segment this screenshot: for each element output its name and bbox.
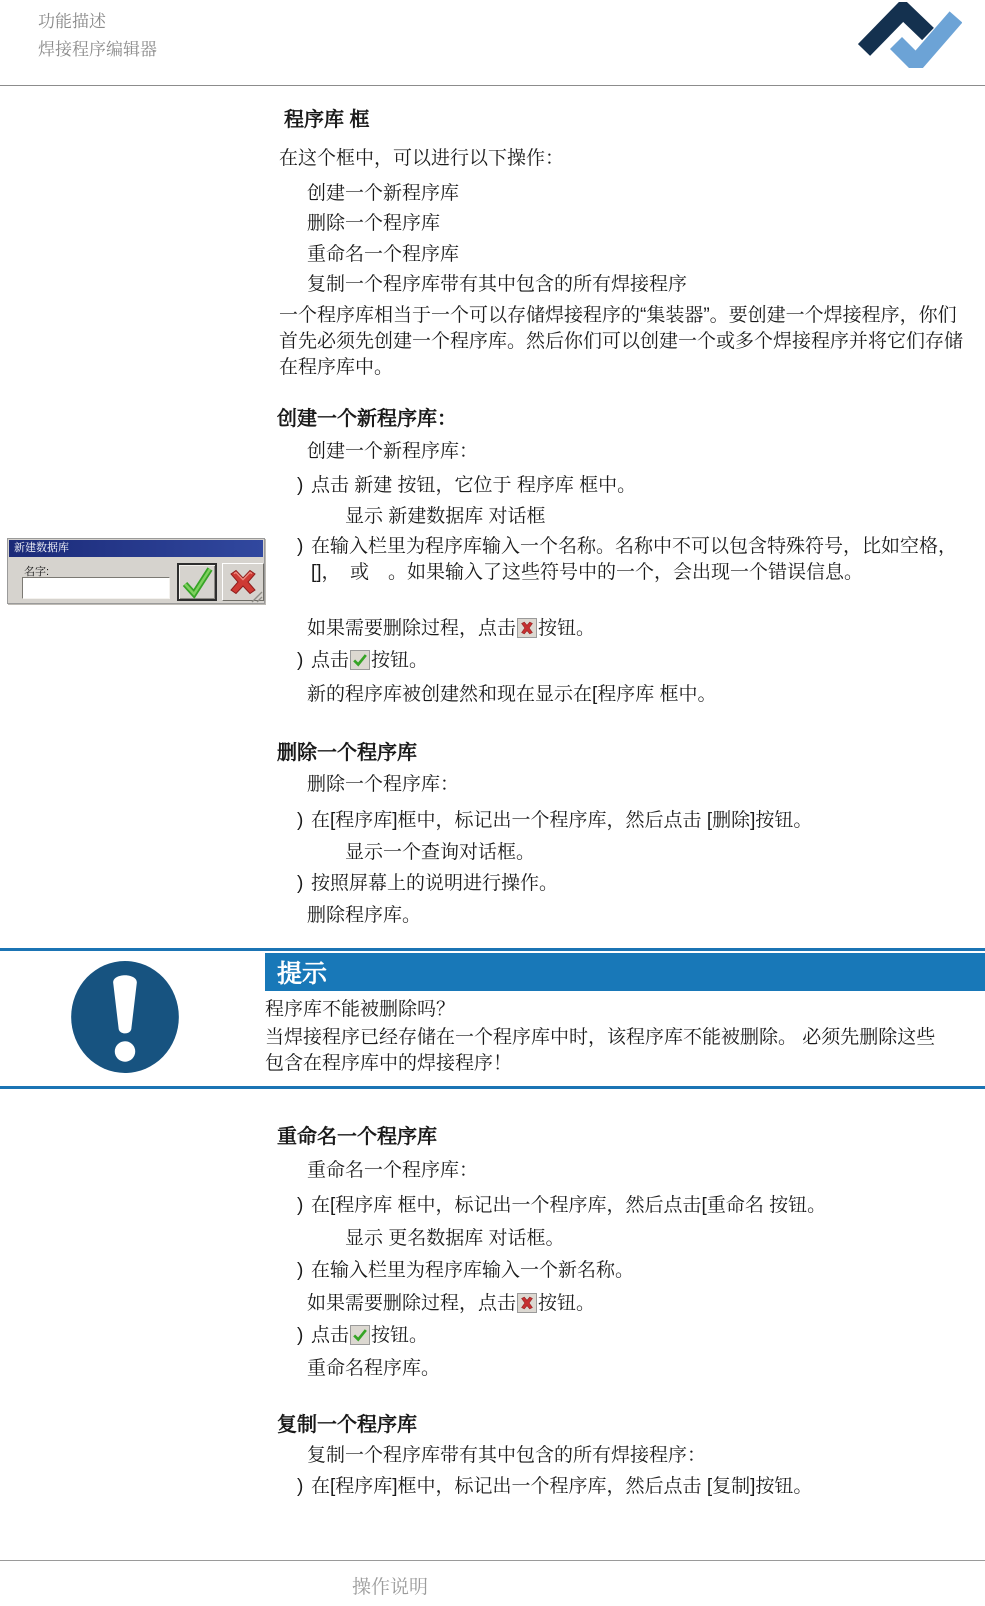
step-text: 在[程序库]框中，标记出一个程序库，然后点击 [复制]按钮。 — [311, 1474, 812, 1500]
step-text-post: 按钮。 — [371, 1325, 428, 1346]
step-line: ) 点击按钮。 — [297, 1323, 428, 1349]
result-line: 显示 新建数据库 对话框 — [345, 504, 546, 530]
header-divider — [0, 85, 985, 86]
notice-body: 当焊接程序已经存储在一个程序库中时，该程序库不能被删除。 必须先删除这些包含在程… — [265, 1025, 953, 1077]
step-text: 点击按钮。 — [311, 1323, 428, 1349]
step-text-pre: 点击 — [311, 650, 349, 671]
cancel-note-line: 如果需要删除过程，点击按钮。 — [307, 616, 595, 642]
note-text: 如果需要删除过程，点击 — [307, 618, 516, 639]
result-line: 删除程序库。 — [307, 903, 421, 929]
footer-divider — [0, 1560, 985, 1561]
step-marker: ) — [297, 1193, 311, 1219]
step-marker: ) — [297, 808, 311, 834]
step-marker: ) — [297, 1474, 311, 1500]
step-line: ) 在[程序库]框中，标记出一个程序库，然后点击 [删除]按钮。 — [297, 808, 812, 834]
step-text: 在[程序库]框中，标记出一个程序库，然后点击 [删除]按钮。 — [311, 808, 812, 834]
delete-intro: 删除一个程序库： — [307, 772, 459, 798]
notice-title-bar: 提示 — [265, 953, 985, 991]
dialog-ok-button[interactable] — [177, 563, 217, 601]
step-marker: ) — [297, 473, 311, 499]
red-x-icon — [517, 618, 537, 638]
step-marker: ) — [297, 1323, 311, 1349]
result-line: 重命名程序库。 — [307, 1356, 440, 1382]
green-check-icon — [350, 650, 370, 670]
doc-title-label: 焊接程序编辑器 — [38, 36, 157, 64]
green-check-icon — [179, 565, 215, 599]
brand-logo-icon — [858, 2, 962, 68]
section-heading-copy: 复制一个程序库 — [277, 1408, 417, 1437]
step-line: ) 在输入栏里为程序库输入一个名称。名称中不可以包含特殊符号，比如空格，[]， … — [297, 534, 971, 586]
step-text: 在输入栏里为程序库输入一个新名称。 — [311, 1258, 634, 1284]
dialog-name-input[interactable] — [22, 577, 170, 599]
brand-logo — [858, 2, 962, 66]
section-heading-create: 创建一个新程序库： — [277, 402, 457, 431]
step-text: 在[程序库 框中，标记出一个程序库，然后点击[重命名 按钮。 — [311, 1193, 826, 1219]
section-heading-rename: 重命名一个程序库 — [277, 1120, 437, 1149]
step-marker: ) — [297, 871, 311, 897]
copy-intro: 复制一个程序库带有其中包含的所有焊接程序： — [307, 1443, 706, 1469]
mandatory-exclamation-icon — [70, 961, 180, 1073]
step-line: ) 按照屏幕上的说明进行操作。 — [297, 871, 558, 897]
dialog-resize-grip[interactable] — [251, 590, 263, 602]
result-line: 显示 更名数据库 对话框。 — [345, 1226, 565, 1252]
section-heading-library-box: 程序库 框 — [284, 103, 370, 132]
green-check-icon — [350, 1325, 370, 1345]
note-text: 按钮。 — [538, 618, 595, 639]
step-marker: ) — [297, 648, 311, 674]
step-line: ) 点击按钮。 — [297, 648, 428, 674]
notice-top-border — [0, 948, 985, 951]
step-text: 点击 新建 按钮，它位于 程序库 框中。 — [311, 473, 636, 499]
step-marker: ) — [297, 534, 311, 560]
step-line: ) 点击 新建 按钮，它位于 程序库 框中。 — [297, 473, 636, 499]
cancel-note-line: 如果需要删除过程，点击按钮。 — [307, 1291, 595, 1317]
red-x-icon — [517, 1293, 537, 1313]
step-text-post: 按钮。 — [371, 650, 428, 671]
list-item: 创建一个新程序库 — [307, 181, 459, 207]
step-text-pre: 点击 — [311, 1325, 349, 1346]
note-text: 按钮。 — [538, 1293, 595, 1314]
intro-paragraph: 一个程序库相当于一个可以存储焊接程序的“集装器”。要创建一个焊接程序，你们首先必… — [279, 303, 963, 381]
notice-title: 提示 — [265, 954, 327, 990]
doc-type-label: 功能描述 — [38, 8, 157, 36]
note-text: 如果需要删除过程，点击 — [307, 1293, 516, 1314]
result-line: 新的程序库被创建然和现在显示在[程序库 框中。 — [307, 682, 717, 708]
footer-label: 操作说明 — [352, 1572, 428, 1599]
notice-bottom-border — [0, 1086, 985, 1089]
dialog-new-database: 新建数据库 名字: — [7, 538, 265, 604]
intro-lead: 在这个框中，可以进行以下操作： — [279, 146, 564, 172]
list-item: 删除一个程序库 — [307, 211, 440, 237]
step-line: ) 在[程序库]框中，标记出一个程序库，然后点击 [复制]按钮。 — [297, 1474, 812, 1500]
step-marker: ) — [297, 1258, 311, 1284]
step-line: ) 在[程序库 框中，标记出一个程序库，然后点击[重命名 按钮。 — [297, 1193, 826, 1219]
notice-question: 程序库不能被删除吗？ — [265, 997, 455, 1023]
step-text: 在输入栏里为程序库输入一个名称。名称中不可以包含特殊符号，比如空格，[]， 或 … — [311, 534, 971, 586]
step-text: 按照屏幕上的说明进行操作。 — [311, 871, 558, 897]
result-line: 显示一个查询对话框。 — [345, 840, 535, 866]
section-heading-delete: 删除一个程序库 — [277, 736, 417, 765]
step-text: 点击按钮。 — [311, 648, 428, 674]
step-line: ) 在输入栏里为程序库输入一个新名称。 — [297, 1258, 634, 1284]
list-item: 重命名一个程序库 — [307, 242, 459, 268]
rename-intro: 重命名一个程序库： — [307, 1158, 478, 1184]
list-item: 复制一个程序库带有其中包含的所有焊接程序 — [307, 272, 687, 298]
dialog-title-bar: 新建数据库 — [9, 540, 263, 557]
create-intro: 创建一个新程序库： — [307, 439, 478, 465]
